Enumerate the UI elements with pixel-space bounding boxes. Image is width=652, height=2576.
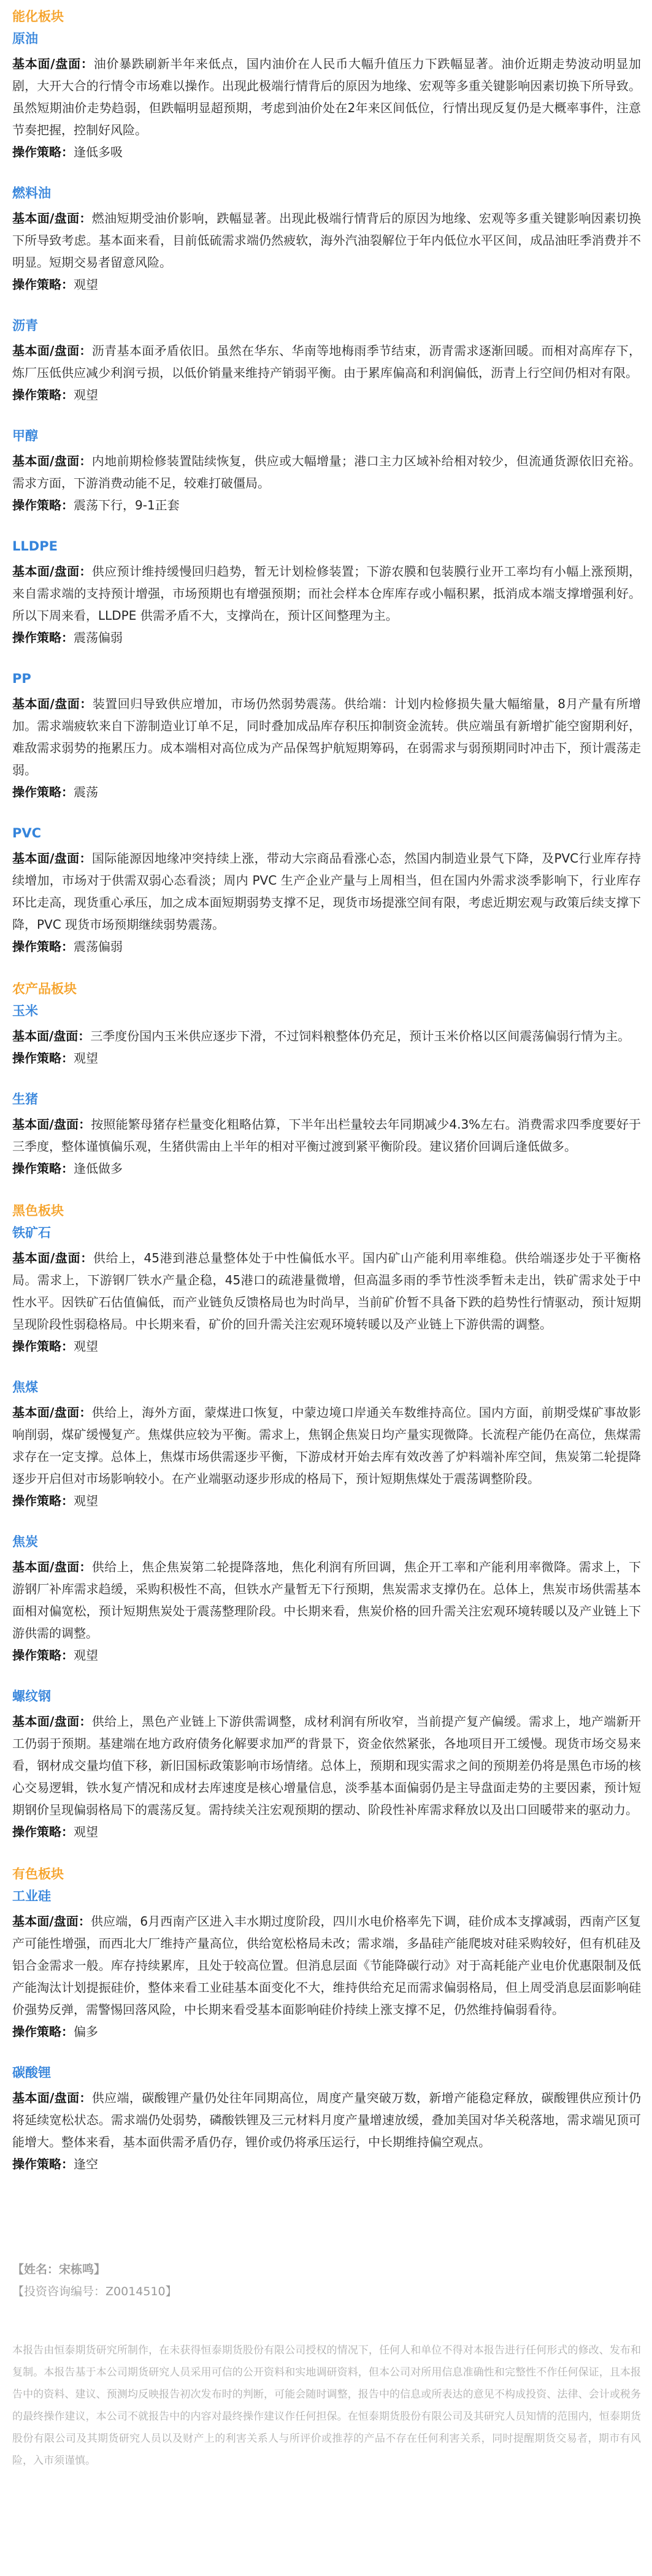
strategy-label: 操作策略： bbox=[12, 1051, 74, 1065]
commodity-coke: 焦炭 基本面/盘面：供给上，焦企焦炭第二轮提降落地，焦化利润有所回调，焦企开工率… bbox=[12, 1533, 641, 1666]
strategy-line: 操作策略：观望 bbox=[12, 1821, 641, 1843]
fundamentals-paragraph: 基本面/盘面：按照能繁母猪存栏量变化粗略估算，下半年出栏量较去年同期减少4.3%… bbox=[12, 1113, 641, 1157]
strategy-text: 震荡偏弱 bbox=[74, 630, 123, 645]
fundamentals-label: 基本面/盘面： bbox=[12, 1117, 91, 1132]
strategy-text: 观望 bbox=[74, 387, 98, 402]
strategy-text: 观望 bbox=[74, 1051, 98, 1065]
strategy-label: 操作策略： bbox=[12, 387, 74, 402]
fundamentals-text: 供应预计维持缓慢回归趋势，暂无计划检修装置；下游农膜和包装膜行业开工率均有小幅上… bbox=[12, 564, 641, 623]
strategy-line: 操作策略：逢空 bbox=[12, 2153, 641, 2175]
strategy-label: 操作策略： bbox=[12, 2024, 74, 2039]
strategy-text: 逢低多吸 bbox=[74, 145, 123, 159]
strategy-text: 逢低做多 bbox=[74, 1161, 123, 1176]
commodity-pvc: PVC 基本面/盘面：国际能源因地缘冲突持续上涨，带动大宗商品看涨心态，然国内制… bbox=[12, 824, 641, 958]
commodity-pp: PP 基本面/盘面：装置回归导致供应增加，市场仍然弱势震荡。供给端：计划内检修损… bbox=[12, 669, 641, 803]
fundamentals-label: 基本面/盘面： bbox=[12, 564, 92, 579]
sector-heading: 能化板块 bbox=[12, 7, 641, 26]
strategy-line: 操作策略：观望 bbox=[12, 273, 641, 295]
fundamentals-paragraph: 基本面/盘面：三季度份国内玉米供应逐步下滑，不过饲料粮整体仍充足，预计玉米价格以… bbox=[12, 1025, 641, 1047]
fundamentals-text: 按照能繁母猪存栏量变化粗略估算，下半年出栏量较去年同期减少4.3%左右。消费需求… bbox=[12, 1117, 641, 1154]
commodity-heading: 螺纹钢 bbox=[12, 1687, 641, 1705]
fundamentals-paragraph: 基本面/盘面：供应端，碳酸锂产量仍处往年同期高位，周度产量突破万数，新增产能稳定… bbox=[12, 2087, 641, 2153]
fundamentals-text: 供给上，黑色产业链上下游供需调整，成材利润有所收窄，当前提产复产偏缓。需求上，地… bbox=[12, 1714, 641, 1817]
sector-nonferrous: 有色板块 工业硅 基本面/盘面：供应端，6月西南产区进入丰水期过度阶段，四川水电… bbox=[12, 1865, 641, 2175]
strategy-line: 操作策略：震荡下行，9-1正套 bbox=[12, 494, 641, 516]
fundamentals-paragraph: 基本面/盘面：供应端，6月西南产区进入丰水期过度阶段，四川水电价格率先下调，硅价… bbox=[12, 1910, 641, 2021]
fundamentals-paragraph: 基本面/盘面：内地前期检修装置陆续恢复，供应或大幅增量；港口主力区域补给相对较少… bbox=[12, 450, 641, 494]
disclaimer-text: 本报告由恒泰期货研究所制作，在未获得恒泰期货股份有限公司授权的情况下，任何人和单… bbox=[12, 2339, 641, 2472]
fundamentals-text: 沥青基本面矛盾依旧。虽然在华东、华南等地梅雨季节结束，沥青需求逐渐回暖。而相对高… bbox=[12, 343, 641, 380]
commodity-heading: 原油 bbox=[12, 29, 641, 48]
strategy-text: 震荡偏弱 bbox=[74, 939, 123, 954]
fundamentals-label: 基本面/盘面： bbox=[12, 1560, 92, 1574]
fundamentals-label: 基本面/盘面： bbox=[12, 2090, 92, 2105]
sector-heading: 农产品板块 bbox=[12, 980, 641, 998]
strategy-label: 操作策略： bbox=[12, 277, 74, 292]
fundamentals-paragraph: 基本面/盘面：供给上，45港到港总量整体处于中性偏低水平。国内矿山产能利用率维稳… bbox=[12, 1247, 641, 1335]
fundamentals-label: 基本面/盘面： bbox=[12, 343, 92, 358]
strategy-line: 操作策略：观望 bbox=[12, 1335, 641, 1357]
strategy-text: 观望 bbox=[74, 277, 98, 292]
strategy-label: 操作策略： bbox=[12, 1824, 74, 1839]
strategy-text: 观望 bbox=[74, 1493, 98, 1508]
strategy-line: 操作策略：观望 bbox=[12, 1047, 641, 1069]
commodity-lithium-carbonate: 碳酸锂 基本面/盘面：供应端，碳酸锂产量仍处往年同期高位，周度产量突破万数，新增… bbox=[12, 2063, 641, 2175]
fundamentals-label: 基本面/盘面： bbox=[12, 454, 92, 468]
strategy-label: 操作策略： bbox=[12, 145, 74, 159]
commodity-heading: 焦煤 bbox=[12, 1378, 641, 1397]
fundamentals-label: 基本面/盘面： bbox=[12, 1029, 90, 1043]
commodity-fuel-oil: 燃料油 基本面/盘面：燃油短期受油价影响，跌幅显著。出现此极端行情背后的原因为地… bbox=[12, 184, 641, 295]
strategy-label: 操作策略： bbox=[12, 1161, 74, 1176]
commodity-heading: 生猪 bbox=[12, 1090, 641, 1108]
commodity-crude-oil: 原油 基本面/盘面：油价暴跌刷新半年来低点，国内油价在人民币大幅升值压力下跌幅显… bbox=[12, 29, 641, 163]
strategy-line: 操作策略：观望 bbox=[12, 384, 641, 406]
strategy-text: 震荡下行，9-1正套 bbox=[74, 498, 180, 513]
fundamentals-text: 供给上，焦企焦炭第二轮提降落地，焦化利润有所回调，焦企开工率和产能利用率微降。需… bbox=[12, 1560, 641, 1640]
fundamentals-label: 基本面/盘面： bbox=[12, 1251, 93, 1265]
strategy-line: 操作策略：震荡偏弱 bbox=[12, 936, 641, 958]
commodity-rebar: 螺纹钢 基本面/盘面：供给上，黑色产业链上下游供需调整，成材利润有所收窄，当前提… bbox=[12, 1687, 641, 1843]
commodity-lldpe: LLDPE 基本面/盘面：供应预计维持缓慢回归趋势，暂无计划检修装置；下游农膜和… bbox=[12, 537, 641, 649]
strategy-text: 观望 bbox=[74, 1824, 98, 1839]
commodity-corn: 玉米 基本面/盘面：三季度份国内玉米供应逐步下滑，不过饲料粮整体仍充足，预计玉米… bbox=[12, 1002, 641, 1069]
fundamentals-label: 基本面/盘面： bbox=[12, 1714, 92, 1729]
strategy-label: 操作策略： bbox=[12, 630, 74, 645]
commodity-asphalt: 沥青 基本面/盘面：沥青基本面矛盾依旧。虽然在华东、华南等地梅雨季节结束，沥青需… bbox=[12, 316, 641, 406]
fundamentals-text: 油价暴跌刷新半年来低点，国内油价在人民币大幅升值压力下跌幅显著。油价近期走势波动… bbox=[12, 56, 641, 137]
fundamentals-label: 基本面/盘面： bbox=[12, 851, 92, 866]
strategy-line: 操作策略：震荡偏弱 bbox=[12, 627, 641, 649]
commodity-heading: LLDPE bbox=[12, 537, 641, 555]
fundamentals-text: 燃油短期受油价影响，跌幅显著。出现此极端行情背后的原因为地缘、宏观等多重关键影响… bbox=[12, 211, 641, 270]
author-license: 【投资咨询编号：Z0014510】 bbox=[12, 2282, 641, 2301]
commodity-heading: 甲醇 bbox=[12, 427, 641, 445]
fundamentals-paragraph: 基本面/盘面：供给上，焦企焦炭第二轮提降落地，焦化利润有所回调，焦企开工率和产能… bbox=[12, 1556, 641, 1644]
sector-heading: 黑色板块 bbox=[12, 1202, 641, 1220]
strategy-line: 操作策略：观望 bbox=[12, 1490, 641, 1512]
fundamentals-paragraph: 基本面/盘面：装置回归导致供应增加，市场仍然弱势震荡。供给端：计划内检修损失量大… bbox=[12, 693, 641, 781]
fundamentals-text: 装置回归导致供应增加，市场仍然弱势震荡。供给端：计划内检修损失量大幅缩量，8月产… bbox=[12, 696, 641, 777]
commodity-heading: PVC bbox=[12, 824, 641, 842]
strategy-line: 操作策略：逢低做多 bbox=[12, 1157, 641, 1179]
fundamentals-paragraph: 基本面/盘面：燃油短期受油价影响，跌幅显著。出现此极端行情背后的原因为地缘、宏观… bbox=[12, 207, 641, 273]
commodity-industrial-silicon: 工业硅 基本面/盘面：供应端，6月西南产区进入丰水期过度阶段，四川水电价格率先下… bbox=[12, 1887, 641, 2043]
strategy-line: 操作策略：偏多 bbox=[12, 2021, 641, 2043]
strategy-line: 操作策略：观望 bbox=[12, 1644, 641, 1666]
fundamentals-paragraph: 基本面/盘面：供应预计维持缓慢回归趋势，暂无计划检修装置；下游农膜和包装膜行业开… bbox=[12, 560, 641, 627]
strategy-text: 观望 bbox=[74, 1648, 98, 1663]
fundamentals-text: 三季度份国内玉米供应逐步下滑，不过饲料粮整体仍充足，预计玉米价格以区间震荡偏弱行… bbox=[90, 1029, 630, 1043]
fundamentals-paragraph: 基本面/盘面：供给上，黑色产业链上下游供需调整，成材利润有所收窄，当前提产复产偏… bbox=[12, 1710, 641, 1821]
strategy-line: 操作策略：逢低多吸 bbox=[12, 141, 641, 163]
sector-heading: 有色板块 bbox=[12, 1865, 641, 1883]
fundamentals-paragraph: 基本面/盘面：供给上，海外方面，蒙煤进口恢复，中蒙边境口岸通关车数维持高位。国内… bbox=[12, 1401, 641, 1490]
strategy-line: 操作策略：震荡 bbox=[12, 781, 641, 803]
strategy-label: 操作策略： bbox=[12, 498, 74, 513]
strategy-text: 逢空 bbox=[74, 2157, 98, 2171]
fundamentals-label: 基本面/盘面： bbox=[12, 1914, 91, 1929]
commodity-heading: 工业硅 bbox=[12, 1887, 641, 1905]
strategy-label: 操作策略： bbox=[12, 1339, 74, 1354]
strategy-text: 震荡 bbox=[74, 785, 98, 799]
commodity-heading: 沥青 bbox=[12, 316, 641, 335]
commodity-heading: 铁矿石 bbox=[12, 1224, 641, 1242]
fundamentals-text: 国际能源因地缘冲突持续上涨，带动大宗商品看涨心态，然国内制造业景气下降，及PVC… bbox=[12, 851, 641, 932]
commodity-heading: 焦炭 bbox=[12, 1533, 641, 1551]
strategy-label: 操作策略： bbox=[12, 939, 74, 954]
strategy-label: 操作策略： bbox=[12, 1648, 74, 1663]
fundamentals-text: 供应端，碳酸锂产量仍处往年同期高位，周度产量突破万数，新增产能稳定释放，碳酸锂供… bbox=[12, 2090, 641, 2149]
strategy-label: 操作策略： bbox=[12, 785, 74, 799]
fundamentals-text: 供应端，6月西南产区进入丰水期过度阶段，四川水电价格率先下调，硅价成本支撑减弱，… bbox=[12, 1914, 641, 2017]
fundamentals-label: 基本面/盘面： bbox=[12, 211, 92, 226]
commodity-live-hog: 生猪 基本面/盘面：按照能繁母猪存栏量变化粗略估算，下半年出栏量较去年同期减少4… bbox=[12, 1090, 641, 1179]
fundamentals-label: 基本面/盘面： bbox=[12, 1405, 92, 1420]
fundamentals-paragraph: 基本面/盘面：国际能源因地缘冲突持续上涨，带动大宗商品看涨心态，然国内制造业景气… bbox=[12, 847, 641, 936]
commodity-heading: 燃料油 bbox=[12, 184, 641, 202]
strategy-text: 观望 bbox=[74, 1339, 98, 1354]
fundamentals-text: 内地前期检修装置陆续恢复，供应或大幅增量；港口主力区域补给相对较少，但流通货源依… bbox=[12, 454, 641, 490]
fundamentals-text: 供给上，45港到港总量整体处于中性偏低水平。国内矿山产能利用率维稳。供给端逐步处… bbox=[12, 1251, 641, 1332]
fundamentals-label: 基本面/盘面： bbox=[12, 56, 94, 71]
strategy-label: 操作策略： bbox=[12, 1493, 74, 1508]
research-report: 能化板块 原油 基本面/盘面：油价暴跌刷新半年来低点，国内油价在人民币大幅升值压… bbox=[0, 0, 652, 2489]
author-name: 【姓名：宋栋鸣】 bbox=[12, 2260, 641, 2279]
sector-ferrous: 黑色板块 铁矿石 基本面/盘面：供给上，45港到港总量整体处于中性偏低水平。国内… bbox=[12, 1202, 641, 1843]
commodity-methanol: 甲醇 基本面/盘面：内地前期检修装置陆续恢复，供应或大幅增量；港口主力区域补给相… bbox=[12, 427, 641, 516]
commodity-coking-coal: 焦煤 基本面/盘面：供给上，海外方面，蒙煤进口恢复，中蒙边境口岸通关车数维持高位… bbox=[12, 1378, 641, 1512]
fundamentals-label: 基本面/盘面： bbox=[12, 696, 93, 711]
commodity-iron-ore: 铁矿石 基本面/盘面：供给上，45港到港总量整体处于中性偏低水平。国内矿山产能利… bbox=[12, 1224, 641, 1357]
strategy-text: 偏多 bbox=[74, 2024, 98, 2039]
sector-agriculture: 农产品板块 玉米 基本面/盘面：三季度份国内玉米供应逐步下滑，不过饲料粮整体仍充… bbox=[12, 980, 641, 1179]
fundamentals-text: 供给上，海外方面，蒙煤进口恢复，中蒙边境口岸通关车数维持高位。国内方面，前期受煤… bbox=[12, 1405, 641, 1486]
fundamentals-paragraph: 基本面/盘面：沥青基本面矛盾依旧。虽然在华东、华南等地梅雨季节结束，沥青需求逐渐… bbox=[12, 340, 641, 384]
commodity-heading: 玉米 bbox=[12, 1002, 641, 1020]
author-block: 【姓名：宋栋鸣】 【投资咨询编号：Z0014510】 bbox=[12, 2260, 641, 2301]
fundamentals-paragraph: 基本面/盘面：油价暴跌刷新半年来低点，国内油价在人民币大幅升值压力下跌幅显著。油… bbox=[12, 53, 641, 141]
strategy-label: 操作策略： bbox=[12, 2157, 74, 2171]
sector-energy-chem: 能化板块 原油 基本面/盘面：油价暴跌刷新半年来低点，国内油价在人民币大幅升值压… bbox=[12, 7, 641, 958]
commodity-heading: 碳酸锂 bbox=[12, 2063, 641, 2082]
commodity-heading: PP bbox=[12, 669, 641, 688]
